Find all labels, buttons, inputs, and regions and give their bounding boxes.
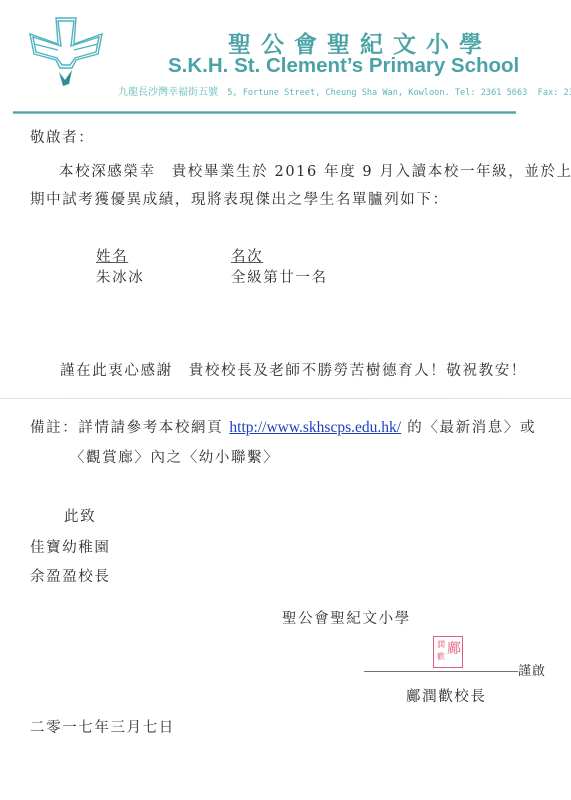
signature-seal-icon: 潤 歡 鄺: [433, 636, 463, 668]
closing: 此致: [64, 505, 96, 526]
letterhead-divider: [13, 111, 516, 114]
signatory: 鄺潤歡校長: [406, 685, 487, 706]
signature-line: [364, 671, 518, 672]
recipient-name: 余盈盈校長: [30, 565, 111, 586]
table-cell-rank: 全級第廿一名: [231, 266, 328, 287]
sender-org: 聖公會聖紀文小學: [282, 607, 411, 628]
section-divider: [0, 398, 571, 399]
thanks-line: 謹在此衷心感謝 貴校校長及老師不勝勞苦樹德育人！敬祝教安！: [60, 359, 527, 380]
school-name-en: S.K.H. St. Clement’s Primary School: [168, 54, 519, 78]
tel: Tel: 2361 5663: [455, 88, 527, 98]
paragraph-line-1: 本校深感榮幸 貴校畢業生於 2016 年度 9 月入讀本校一年級，並於上學: [59, 160, 571, 181]
letter-date: 二零一七年三月七日: [30, 716, 175, 737]
note-suffix: 的〈最新消息〉或: [401, 420, 536, 436]
note-line-2: 〈觀賞廊〉內之〈幼小聯繫〉: [70, 446, 279, 467]
school-logo-icon: [26, 14, 106, 92]
seal-char: 歡: [437, 653, 445, 661]
paragraph-line-2: 期中試考獲優異成績，現將表現傑出之學生名單臚列如下：: [30, 188, 449, 209]
salutation: 敬啟者：: [30, 126, 94, 147]
table-cell-student-name: 朱冰冰: [96, 266, 144, 287]
table-header-rank: 名次: [231, 245, 263, 266]
address-en: 5, Fortune Street, Cheung Sha Wan, Kowlo…: [227, 88, 449, 98]
school-website-link[interactable]: http://www.skhscps.edu.hk/: [229, 419, 401, 436]
school-address: 九龍長沙灣幸福街五號 5, Fortune Street, Cheung Sha…: [118, 83, 571, 98]
seal-char: 鄺: [447, 642, 461, 656]
address-zh: 九龍長沙灣幸福街五號: [118, 87, 218, 98]
table-header-name: 姓名: [96, 245, 128, 266]
fax: Fax: 23605166: [538, 88, 571, 98]
note-line-1: 備註：詳情請參考本校網頁 http://www.skhscps.edu.hk/ …: [30, 416, 536, 437]
note-prefix: 備註：詳情請參考本校網頁: [30, 420, 229, 436]
seal-char: 潤: [437, 641, 445, 649]
sign-suffix: 謹啟: [518, 660, 546, 679]
recipient-org: 佳寶幼稚園: [30, 536, 111, 557]
